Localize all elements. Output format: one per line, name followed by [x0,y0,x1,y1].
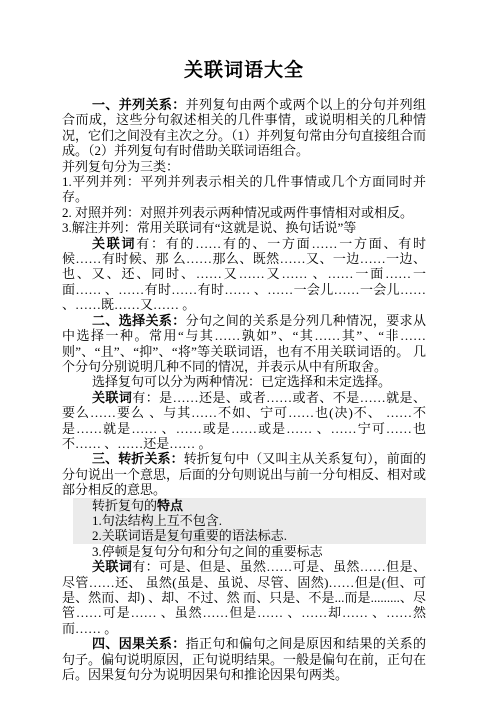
connectives-label: 关联词 [92,559,132,574]
document-title: 关联词语大全 [62,58,426,84]
section-label-causal: 四、因果关系： [92,636,186,651]
paragraph-text: 选择复句可以分为两种情况：已定选择和未定选择。 [92,374,391,389]
para-choice-relation: 二、选择关系：分句之间的关系是分列几种情况，要求从中选择一种。常用“与其……孰如… [62,313,426,375]
para-adversative-relation: 三、转折关系：转折复句中（又叫主从关系复句），前面的分句说出一个意思，后面的分句… [62,451,426,497]
para-choice-types: 选择复句可以分为两种情况：已定选择和未定选择。 [62,374,426,389]
features-label: 特点 [157,498,183,513]
para-adversative-connectives: 关联词有：可是、但是、虽然……可是、虽然……但是、尽管……还、 虽然(虽是、虽说… [62,559,426,636]
para-parallel-relation: 一、并列关系：并列复句由两个或两个以上的分句并列组合而成，这些分句叙述相关的几件… [62,97,426,159]
section-label-adversative: 三、转折关系： [92,451,184,466]
highlighted-text-block: 转折复句的特点 1.句法结构上互不包含. 2.关联词语是复句重要的语法标志. [73,498,426,544]
document-body: 关联词语大全 一、并列关系：并列复句由两个或两个以上的分句并列组合而成，这些分句… [62,0,426,682]
para-parallel-type-3: 3.解注并列：常用关联词有“这就是说、换句话说”等 [62,220,426,235]
para-adversative-feature-2: 2.关联词语是复句重要的语法标志. [73,528,426,543]
para-parallel-type-2: 2. 对照并列：对照并列表示两种情况或两件事情相对或相反。 [62,205,426,220]
para-causal-relation: 四、因果关系：指正句和偏句之间是原因和结果的关系的句子。偏句说明原因，正句说明结… [62,636,426,682]
section-label-parallel: 一、并列关系： [92,97,186,112]
paragraph-text: 转折复句的 [92,498,157,513]
para-parallel-types-intro: 并列复句分为三类： [62,159,426,174]
para-parallel-type-1: 1.平列并列：平列并列表示相关的几件事情或几个方面同时并存。 [62,174,426,205]
para-adversative-features-heading: 转折复句的特点 [73,498,426,513]
connectives-label: 关联词 [92,390,132,405]
section-label-choice: 二、选择关系： [92,313,186,328]
paragraph-text: 3.解注并列：常用关联词有“这就是说、换句话说”等 [62,220,356,235]
paragraph-text: 1.句法结构上互不包含. [92,513,222,528]
para-choice-connectives: 关联词有：是……还是、或者……或者、不是……就是、要么……要么 、与其……不如、… [62,390,426,452]
connectives-label: 关联词 [92,236,136,251]
paragraph-text: 2. 对照并列：对照并列表示两种情况或两件事情相对或相反。 [62,205,413,220]
para-parallel-connectives: 关联词有：有的……有的、一方面……一方面、有时候……有时候、那 么……那么、既然… [62,236,426,313]
paragraph-text: 2.关联词语是复句重要的语法标志. [92,528,287,543]
paragraph-text: 并列复句分为三类： [62,159,179,174]
para-adversative-feature-3: 3.停顿是复句分句和分句之间的重要标志 [62,544,426,559]
paragraph-text: 1.平列并列：平列并列表示相关的几件事情或几个方面同时并存。 [62,174,426,204]
para-adversative-feature-1: 1.句法结构上互不包含. [73,513,426,528]
paragraph-text: 3.停顿是复句分句和分句之间的重要标志 [92,544,323,559]
document-page: 关联词语大全 一、并列关系：并列复句由两个或两个以上的分句并列组合而成，这些分句… [0,0,496,702]
